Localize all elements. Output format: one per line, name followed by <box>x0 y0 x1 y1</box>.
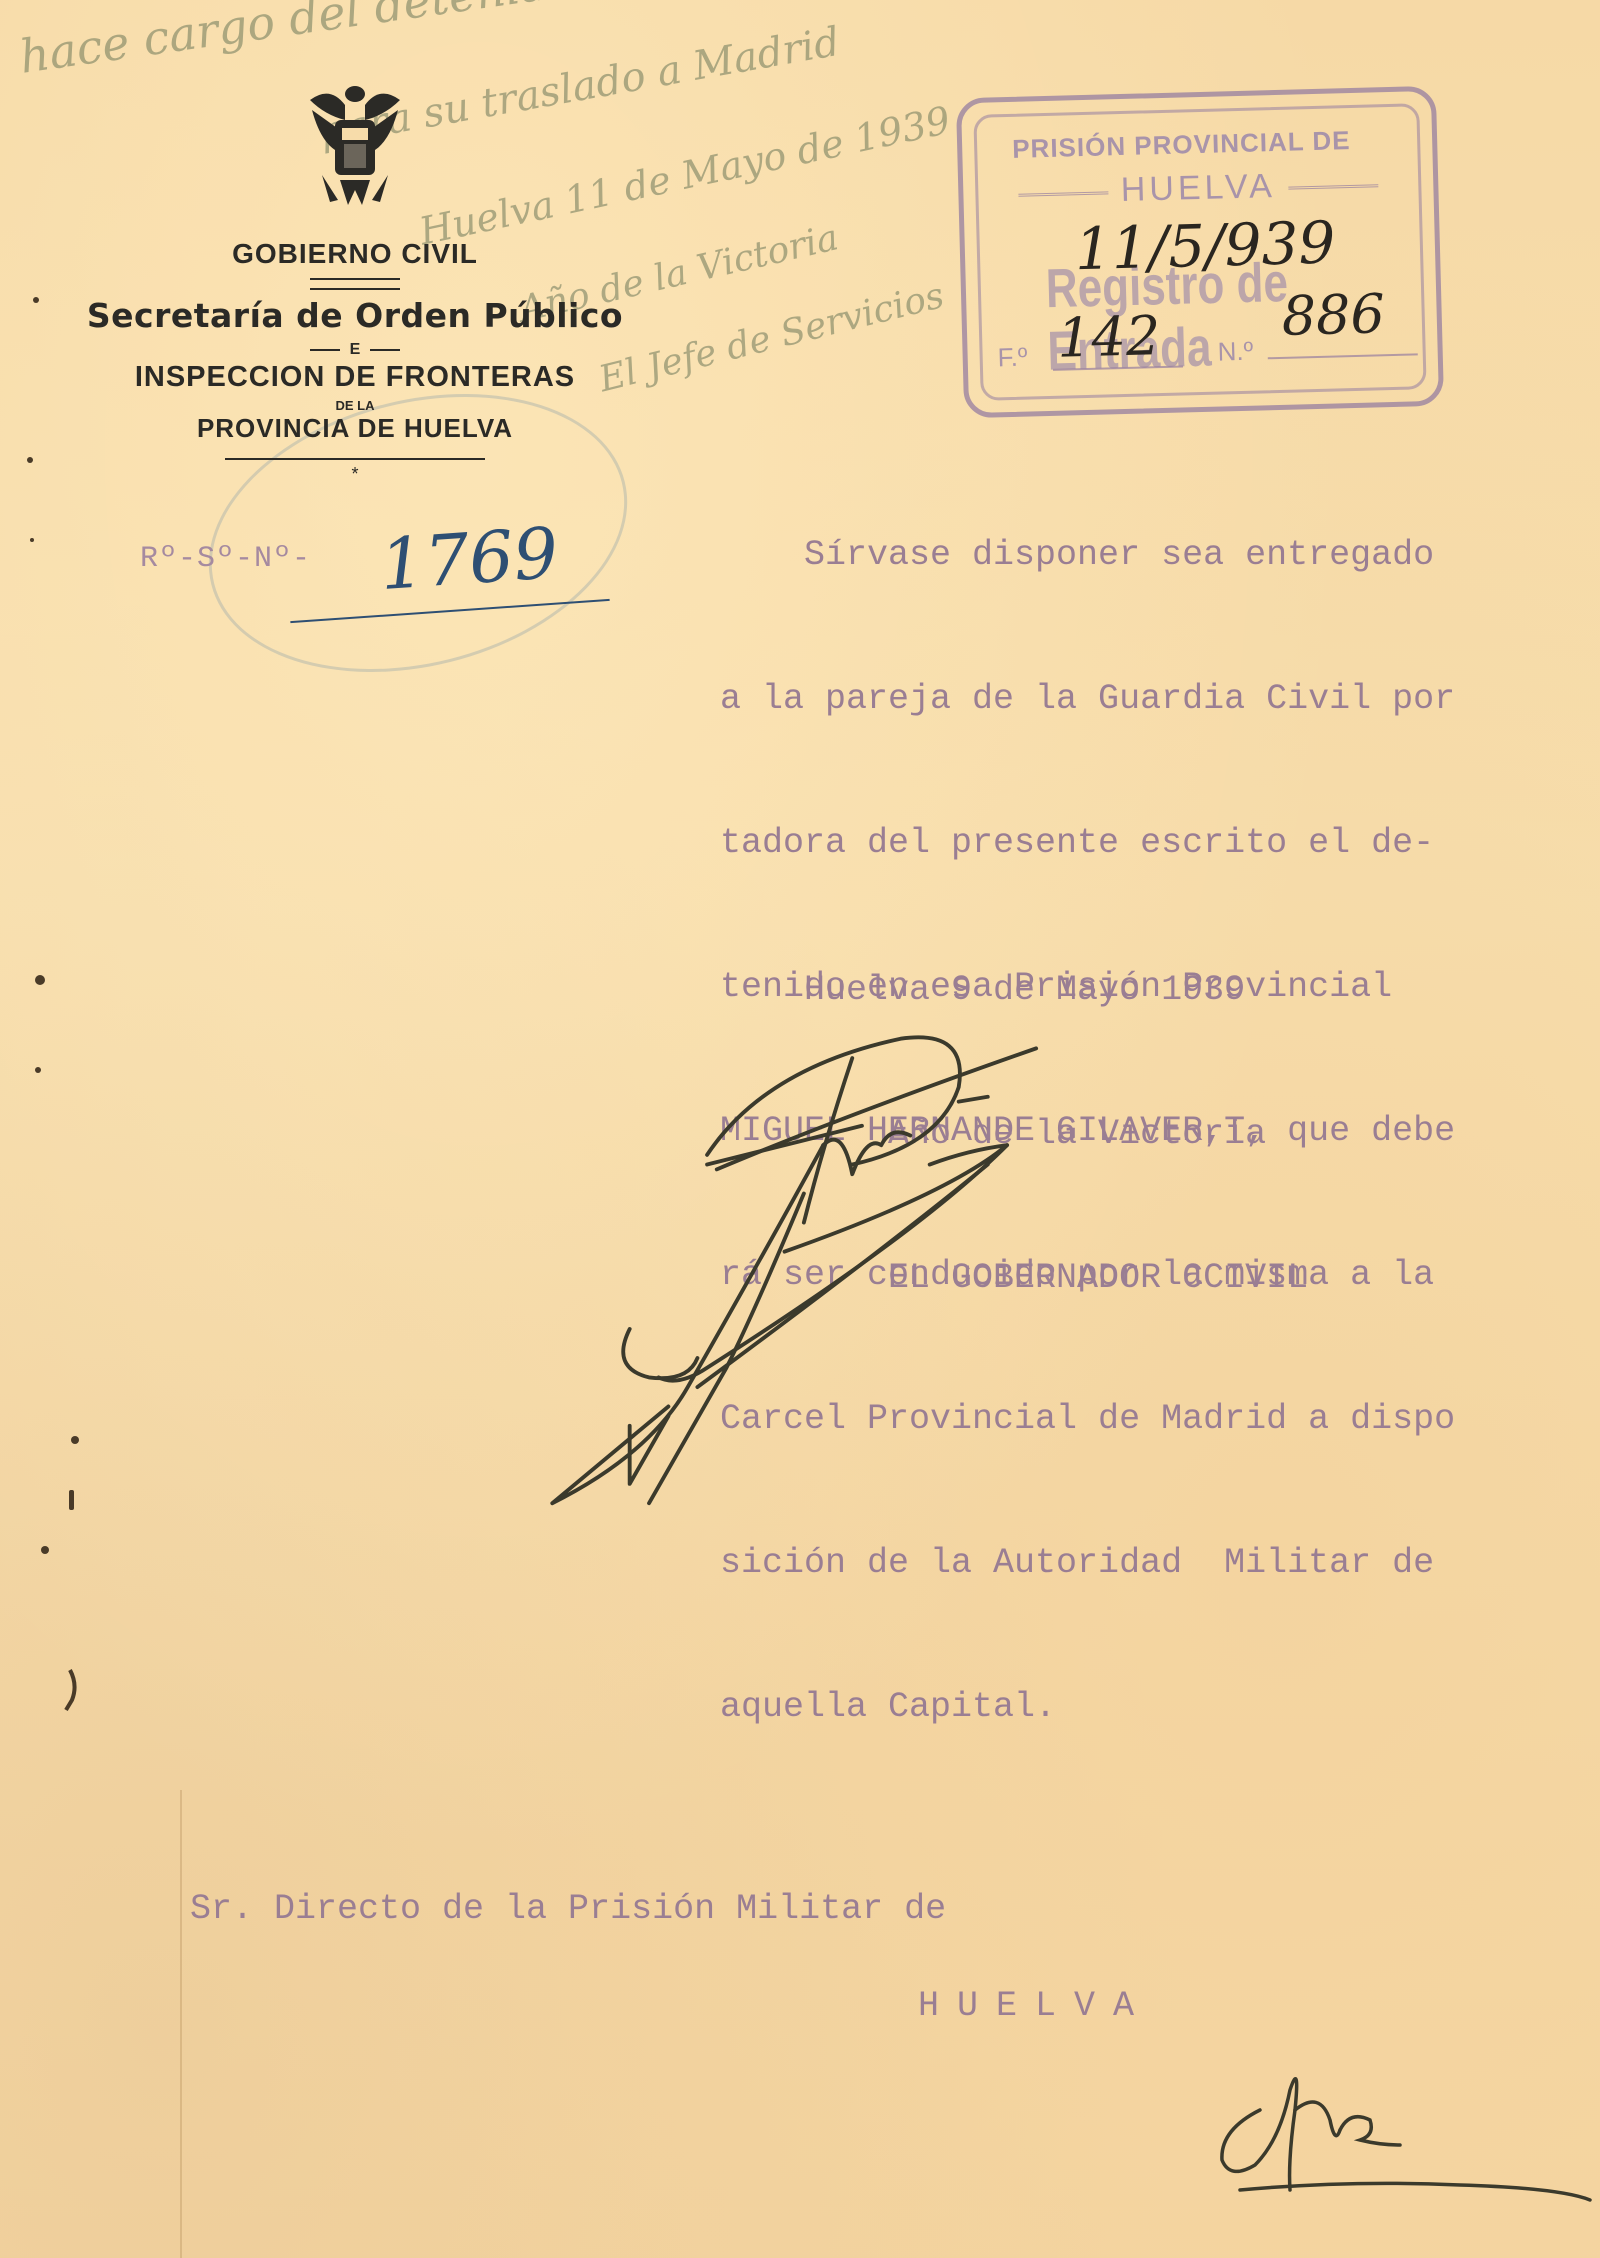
handwritten-initials-icon <box>1200 2050 1600 2210</box>
reference-label: Rº-Sº-Nº- <box>140 542 311 576</box>
addressee-city: HUELVA <box>918 1982 1152 2030</box>
spanish-eagle-crest-icon <box>300 80 410 220</box>
letterhead-gobierno-civil: GOBIERNO CIVIL <box>60 238 650 270</box>
margin-ink-specks <box>20 290 80 1810</box>
body-line: Sírvase disponer sea entregado <box>720 531 1455 579</box>
letterhead-de-la: DE LA <box>60 398 650 413</box>
addressee-line: Sr. Directo de la Prisión Militar de <box>190 1885 946 1933</box>
reference-underline <box>290 599 609 623</box>
letterhead-inspeccion: INSPECCION DE FRONTERAS <box>60 361 650 394</box>
stamp-number-label: N.º <box>1217 336 1253 368</box>
body-line: aquella Capital. <box>720 1683 1455 1731</box>
body-line: tadora del presente escrito el de- <box>720 819 1455 867</box>
letterhead-provincia: PROVINCIA DE HUELVA <box>60 413 650 444</box>
governor-signature-icon <box>520 1000 1320 1600</box>
letterhead-rule <box>225 458 485 460</box>
stamp-folio-label: F.º <box>997 342 1028 374</box>
prison-entry-stamp: PRISIÓN PROVINCIAL DE HUELVA Registro de… <box>956 86 1444 418</box>
letterhead-conjunction: E <box>60 341 650 359</box>
reference-handwritten-number: 1769 <box>377 512 560 606</box>
letterhead-star: * <box>60 464 650 485</box>
stamp-handwritten-date: 11/5/939 <box>1074 208 1336 283</box>
letterhead: GOBIERNO CIVIL Secretaría de Orden Públi… <box>60 80 650 485</box>
stamp-folio-value: 142 <box>1056 304 1161 370</box>
letterhead-secretaria: Secretaría de Orden Público <box>60 296 650 335</box>
letterhead-double-rule <box>310 278 400 290</box>
stamp-number-value: 886 <box>1281 282 1386 348</box>
paper-fold-line <box>180 1790 182 2258</box>
body-line: a la pareja de la Guardia Civil por <box>720 675 1455 723</box>
reference-number-row: Rº-Sº-Nº- 1769 <box>140 530 640 630</box>
